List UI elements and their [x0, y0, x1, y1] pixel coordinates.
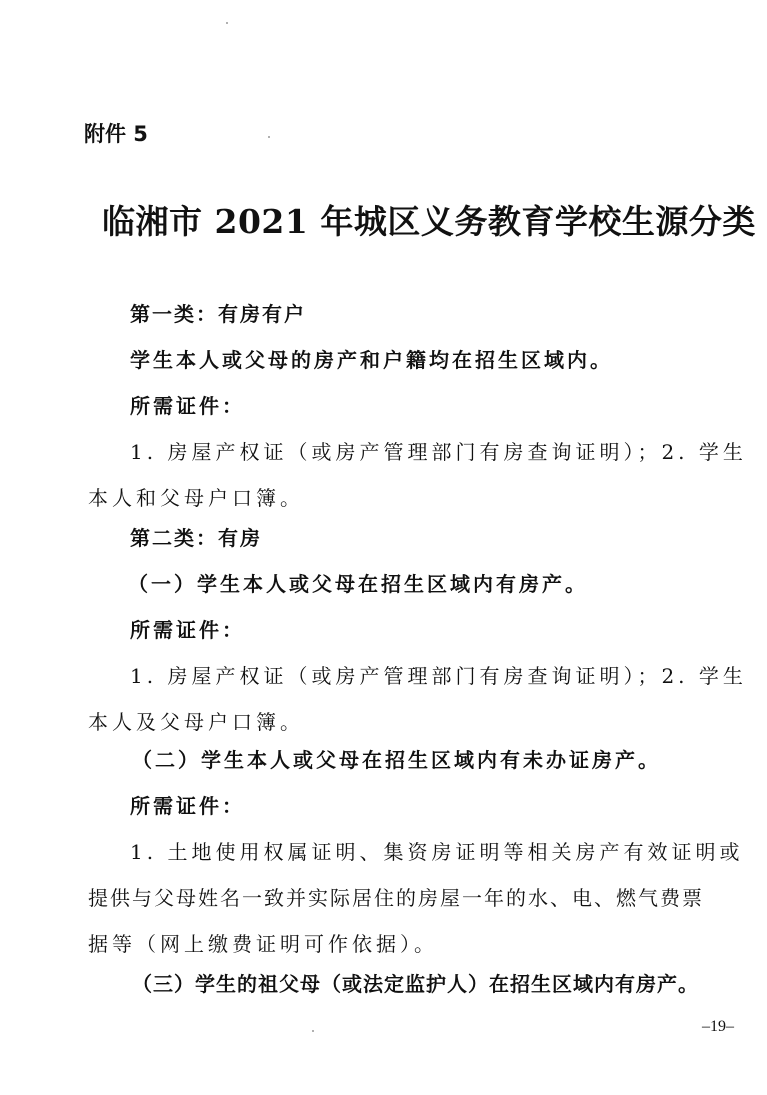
- section-2-sub3-criterion: （三）学生的祖父母（或法定监护人）在招生区域内有房产。: [132, 968, 699, 997]
- section-1-heading: 第一类：有房有户: [130, 298, 306, 327]
- section-1-docs-line1: 1. 房屋产权证（或房产管理部门有房查询证明）；2. 学生: [130, 436, 747, 465]
- section-2-sub1-docs-line2: 本人及父母户口簿。: [88, 706, 304, 735]
- section-1-docs-line2: 本人和父母户口簿。: [88, 482, 304, 511]
- section-2-sub2-docs-label: 所需证件：: [130, 790, 245, 819]
- section-2-sub1-criterion: （一）学生本人或父母在招生区域内有房产。: [128, 568, 588, 597]
- section-2-sub1-docs-line1: 1. 房屋产权证（或房产管理部门有房查询证明）；2. 学生: [130, 660, 747, 689]
- section-2-sub1-docs-label: 所需证件：: [130, 614, 245, 643]
- section-2-sub2-docs-line1: 1. 土地使用权属证明、集资房证明等相关房产有效证明或: [130, 836, 743, 865]
- section-1-docs-label: 所需证件：: [130, 390, 245, 419]
- attachment-label: 附件 5: [84, 118, 148, 148]
- scan-speck: [226, 22, 228, 24]
- section-2-sub2-docs-line3: 据等（网上缴费证明可作依据）。: [88, 928, 438, 957]
- section-1-criterion: 学生本人或父母的房产和户籍均在招生区域内。: [130, 344, 613, 373]
- scan-speck: [268, 136, 270, 138]
- scan-speck: [312, 1030, 314, 1032]
- section-2-sub2-criterion: （二）学生本人或父母在招生区域内有未办证房产。: [132, 744, 661, 773]
- page-number: –19–: [702, 1018, 734, 1036]
- section-2-sub2-docs-line2: 提供与父母姓名一致并实际居住的房屋一年的水、电、燃气费票: [88, 882, 704, 911]
- section-2-heading: 第二类：有房: [130, 522, 262, 551]
- document-title: 临湘市 2021 年城区义务教育学校生源分类: [102, 196, 756, 243]
